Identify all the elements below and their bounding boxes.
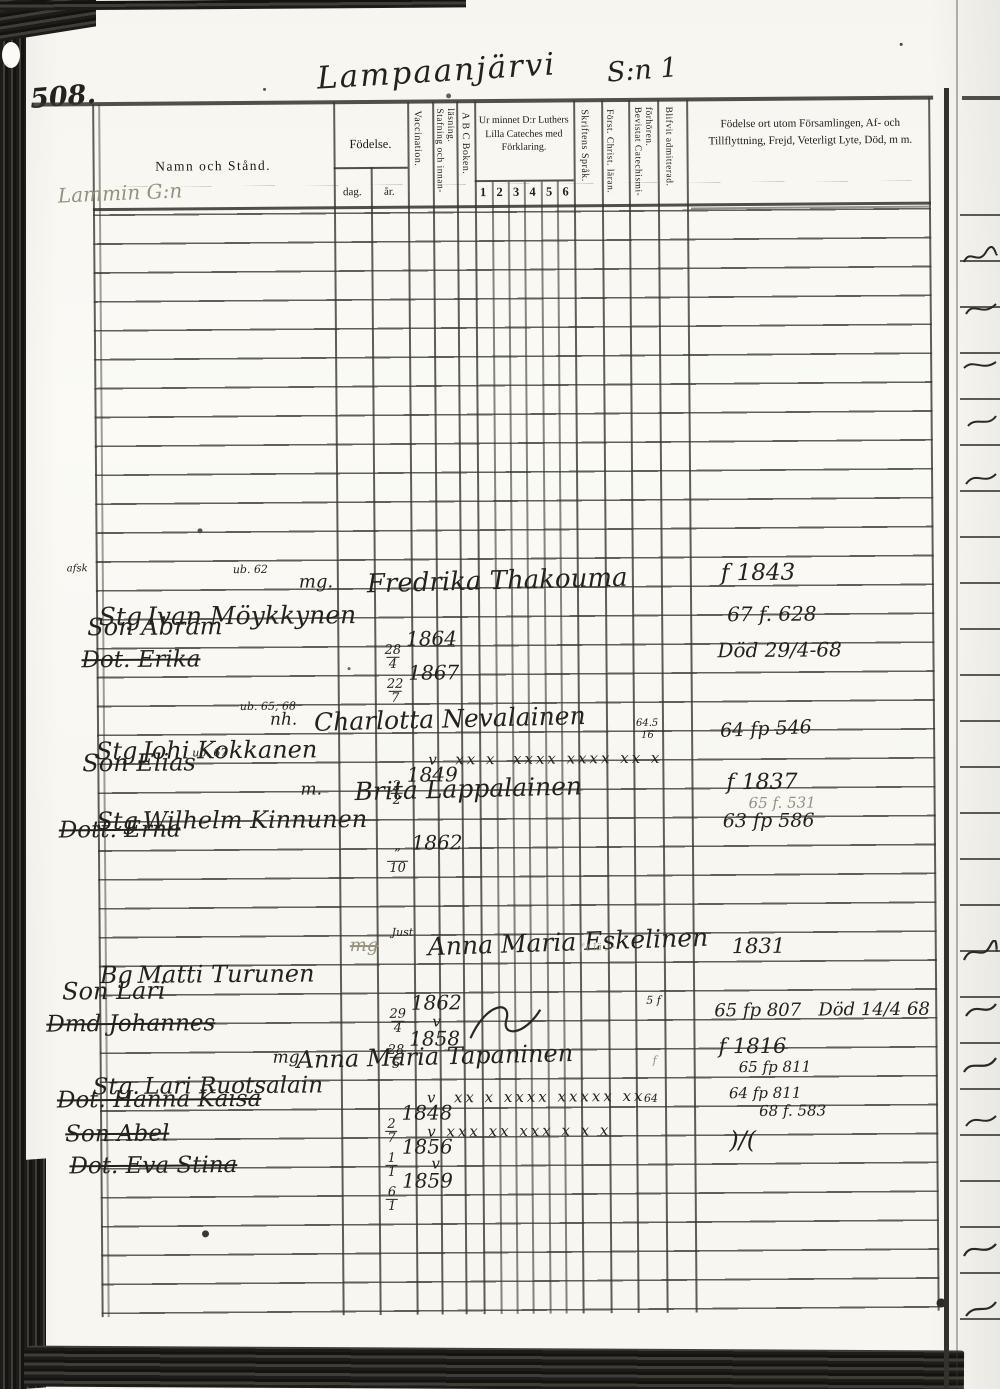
- margin-note: 67 f. 628: [727, 604, 817, 625]
- col-header-admitted: Blifvit admitterad.: [662, 107, 674, 205]
- margin-note: f 1816: [718, 1036, 786, 1058]
- margin-note: 65 fp 811: [739, 1060, 812, 1076]
- col-header-birth-day: dag.: [334, 186, 371, 198]
- entry-name: Son Lari: [62, 979, 166, 1004]
- entry-name-struck: Dott. Erna: [59, 819, 181, 843]
- exam-marks: v: [431, 1156, 443, 1171]
- margin-note: 63 fp 586: [723, 812, 815, 832]
- exam-marks: v: [432, 1014, 444, 1029]
- birth-month: 10: [387, 861, 408, 875]
- birth-month: 1: [386, 1199, 398, 1213]
- col-header-birth: Födelse.: [333, 137, 407, 153]
- handwriting-fragment-icon: [966, 412, 998, 432]
- page-gutter-line: [944, 88, 949, 1389]
- margin-note: 65 fp 807 Död 14/4 68: [714, 1001, 930, 1021]
- birth-day: ”: [393, 848, 402, 861]
- entry-name: Son Abram: [87, 614, 222, 639]
- handwriting-fragment-icon: [962, 1054, 998, 1078]
- page-sheet: 508. Lampaanjärvi S:n 1 Namn och Stånd.: [0, 0, 1000, 1389]
- entry-spouse: Brita Lappalainen: [354, 773, 582, 804]
- page-title-suffix: S:n 1: [606, 54, 679, 86]
- scan-speckles: [263, 88, 266, 91]
- entry-note: ub. 62: [233, 564, 268, 575]
- entry-note: ub. 67: [192, 747, 227, 758]
- exam-marks: v xxx xx xxx x x x: [427, 1123, 611, 1139]
- handwriting-fragment-icon: [962, 356, 998, 376]
- handwriting-fragment-icon: [962, 246, 998, 268]
- page-gutter-line-2: [956, 0, 958, 1389]
- birth-year: 1867: [408, 660, 459, 684]
- margin-note: f 1843: [721, 562, 796, 586]
- handwriting-fragment-icon: [964, 998, 998, 1022]
- handwriting-fragment-icon: [964, 468, 998, 490]
- scanned-register-page: 508. Lampaanjärvi S:n 1 Namn och Stånd.: [0, 0, 1000, 1389]
- birth-day: 6: [387, 1186, 397, 1199]
- catechism-number: 5: [546, 185, 552, 200]
- margin-note: Död 29/4-68: [717, 639, 842, 660]
- entry-name-struck: Son Abel: [65, 1123, 169, 1147]
- column-annotation: 64: [644, 1093, 658, 1104]
- entry-connector: nh.: [270, 712, 297, 729]
- col-header-vaccination: Vaccination.: [411, 111, 423, 206]
- birth-year: 1859: [402, 1168, 453, 1192]
- page-number: 508.: [29, 81, 97, 113]
- col-header-abc: A B C Boken.: [459, 112, 471, 204]
- entry-connector-struck: mg: [350, 937, 379, 955]
- exam-marks: v xx x xxxx xxxxx xx: [427, 1089, 646, 1106]
- page-title: Lampaanjärvi: [316, 49, 557, 94]
- margin-note: 64 fp 546: [720, 718, 812, 741]
- column-annotation: f: [653, 1055, 657, 1066]
- col-header-notes: Födelse ort utom Församlingen, Af- och T…: [697, 115, 923, 151]
- next-page-strip: [960, 170, 1000, 1360]
- next-page-top-rule: [962, 96, 1000, 100]
- column-annotation: 64.5: [636, 719, 658, 729]
- margin-note: 68 f. 583: [759, 1103, 826, 1119]
- entry-spouse: Anna Maria Tapaninen: [296, 1041, 573, 1072]
- handwriting-fragment-icon: [964, 1298, 998, 1322]
- catechism-number: 3: [513, 185, 519, 200]
- margin-note: 1831: [732, 936, 786, 957]
- entry-spouse: Charlotta Nevalainen: [314, 703, 586, 735]
- col-header-exams: Bevistat Catechismi-förhören.: [631, 107, 657, 205]
- birth-day: 22: [386, 678, 405, 691]
- bottom-edge-shadow: [24, 1346, 964, 1389]
- birth-month: 7: [389, 691, 401, 705]
- entry-connector: m.: [300, 781, 322, 798]
- catechism-number: 4: [529, 185, 535, 200]
- column-annotation: 16: [641, 731, 654, 741]
- handwriting-fragment-icon: [964, 300, 998, 320]
- entry-birth: ”101862: [349, 812, 463, 895]
- handwriting-fragment-icon: [962, 940, 998, 966]
- binding-notch: [2, 42, 20, 68]
- entry-name-struck: Dot. Eva Stina: [69, 1154, 237, 1178]
- margin-note: f 1837: [726, 772, 797, 795]
- catechism-number: 6: [562, 184, 568, 199]
- col-header-scripture: Skriftens Språk.: [578, 109, 590, 205]
- column-annotation: f t lä ,,–: [580, 942, 616, 953]
- entry-note: Just: [392, 927, 414, 938]
- col-header-spelling: Stafning och innan-läsning.: [433, 108, 456, 204]
- entry-spouse: Fredrika Thakouma: [367, 565, 628, 598]
- catechism-numbers: 123456: [475, 184, 574, 200]
- margin-note: 64 fp 811: [729, 1086, 802, 1102]
- column-annotation: 5 f: [646, 995, 661, 1006]
- entry-name-struck: Dot. Erika: [81, 648, 200, 672]
- header-line: [475, 179, 574, 182]
- entry-connector: mg.: [299, 573, 333, 591]
- handwriting-fragment-icon: [964, 1110, 998, 1132]
- col-header-catechism: Ur minnet D:r Luthers Lilla Cateches med…: [476, 113, 571, 154]
- catechism-number: 1: [480, 185, 486, 200]
- col-header-name: Namn och Stånd.: [93, 157, 334, 175]
- catechism-number: 2: [496, 185, 502, 200]
- birth-year: 1862: [412, 830, 463, 854]
- header-line: [334, 167, 408, 170]
- col-header-christianity: Först. Christ. läran.: [603, 109, 628, 205]
- handwriting-fragment-icon: [962, 1238, 998, 1262]
- entry-name-struck: Dmd Johannes: [46, 1012, 215, 1036]
- pen-flourish-icon: [464, 996, 544, 1047]
- faint-entry: Lammin G:n: [57, 180, 182, 205]
- table-top-rule: [32, 96, 933, 107]
- exam-marks: v xx x xxxx xxxx xx x: [428, 751, 662, 768]
- entry-name-struck: Dot. Hanna Kaisa: [57, 1088, 262, 1113]
- col-header-birth-year: år.: [371, 186, 408, 198]
- margin-note: )/(: [729, 1128, 756, 1152]
- entry-note: afsk: [67, 564, 88, 574]
- entry-name: Son Elias: [82, 750, 196, 775]
